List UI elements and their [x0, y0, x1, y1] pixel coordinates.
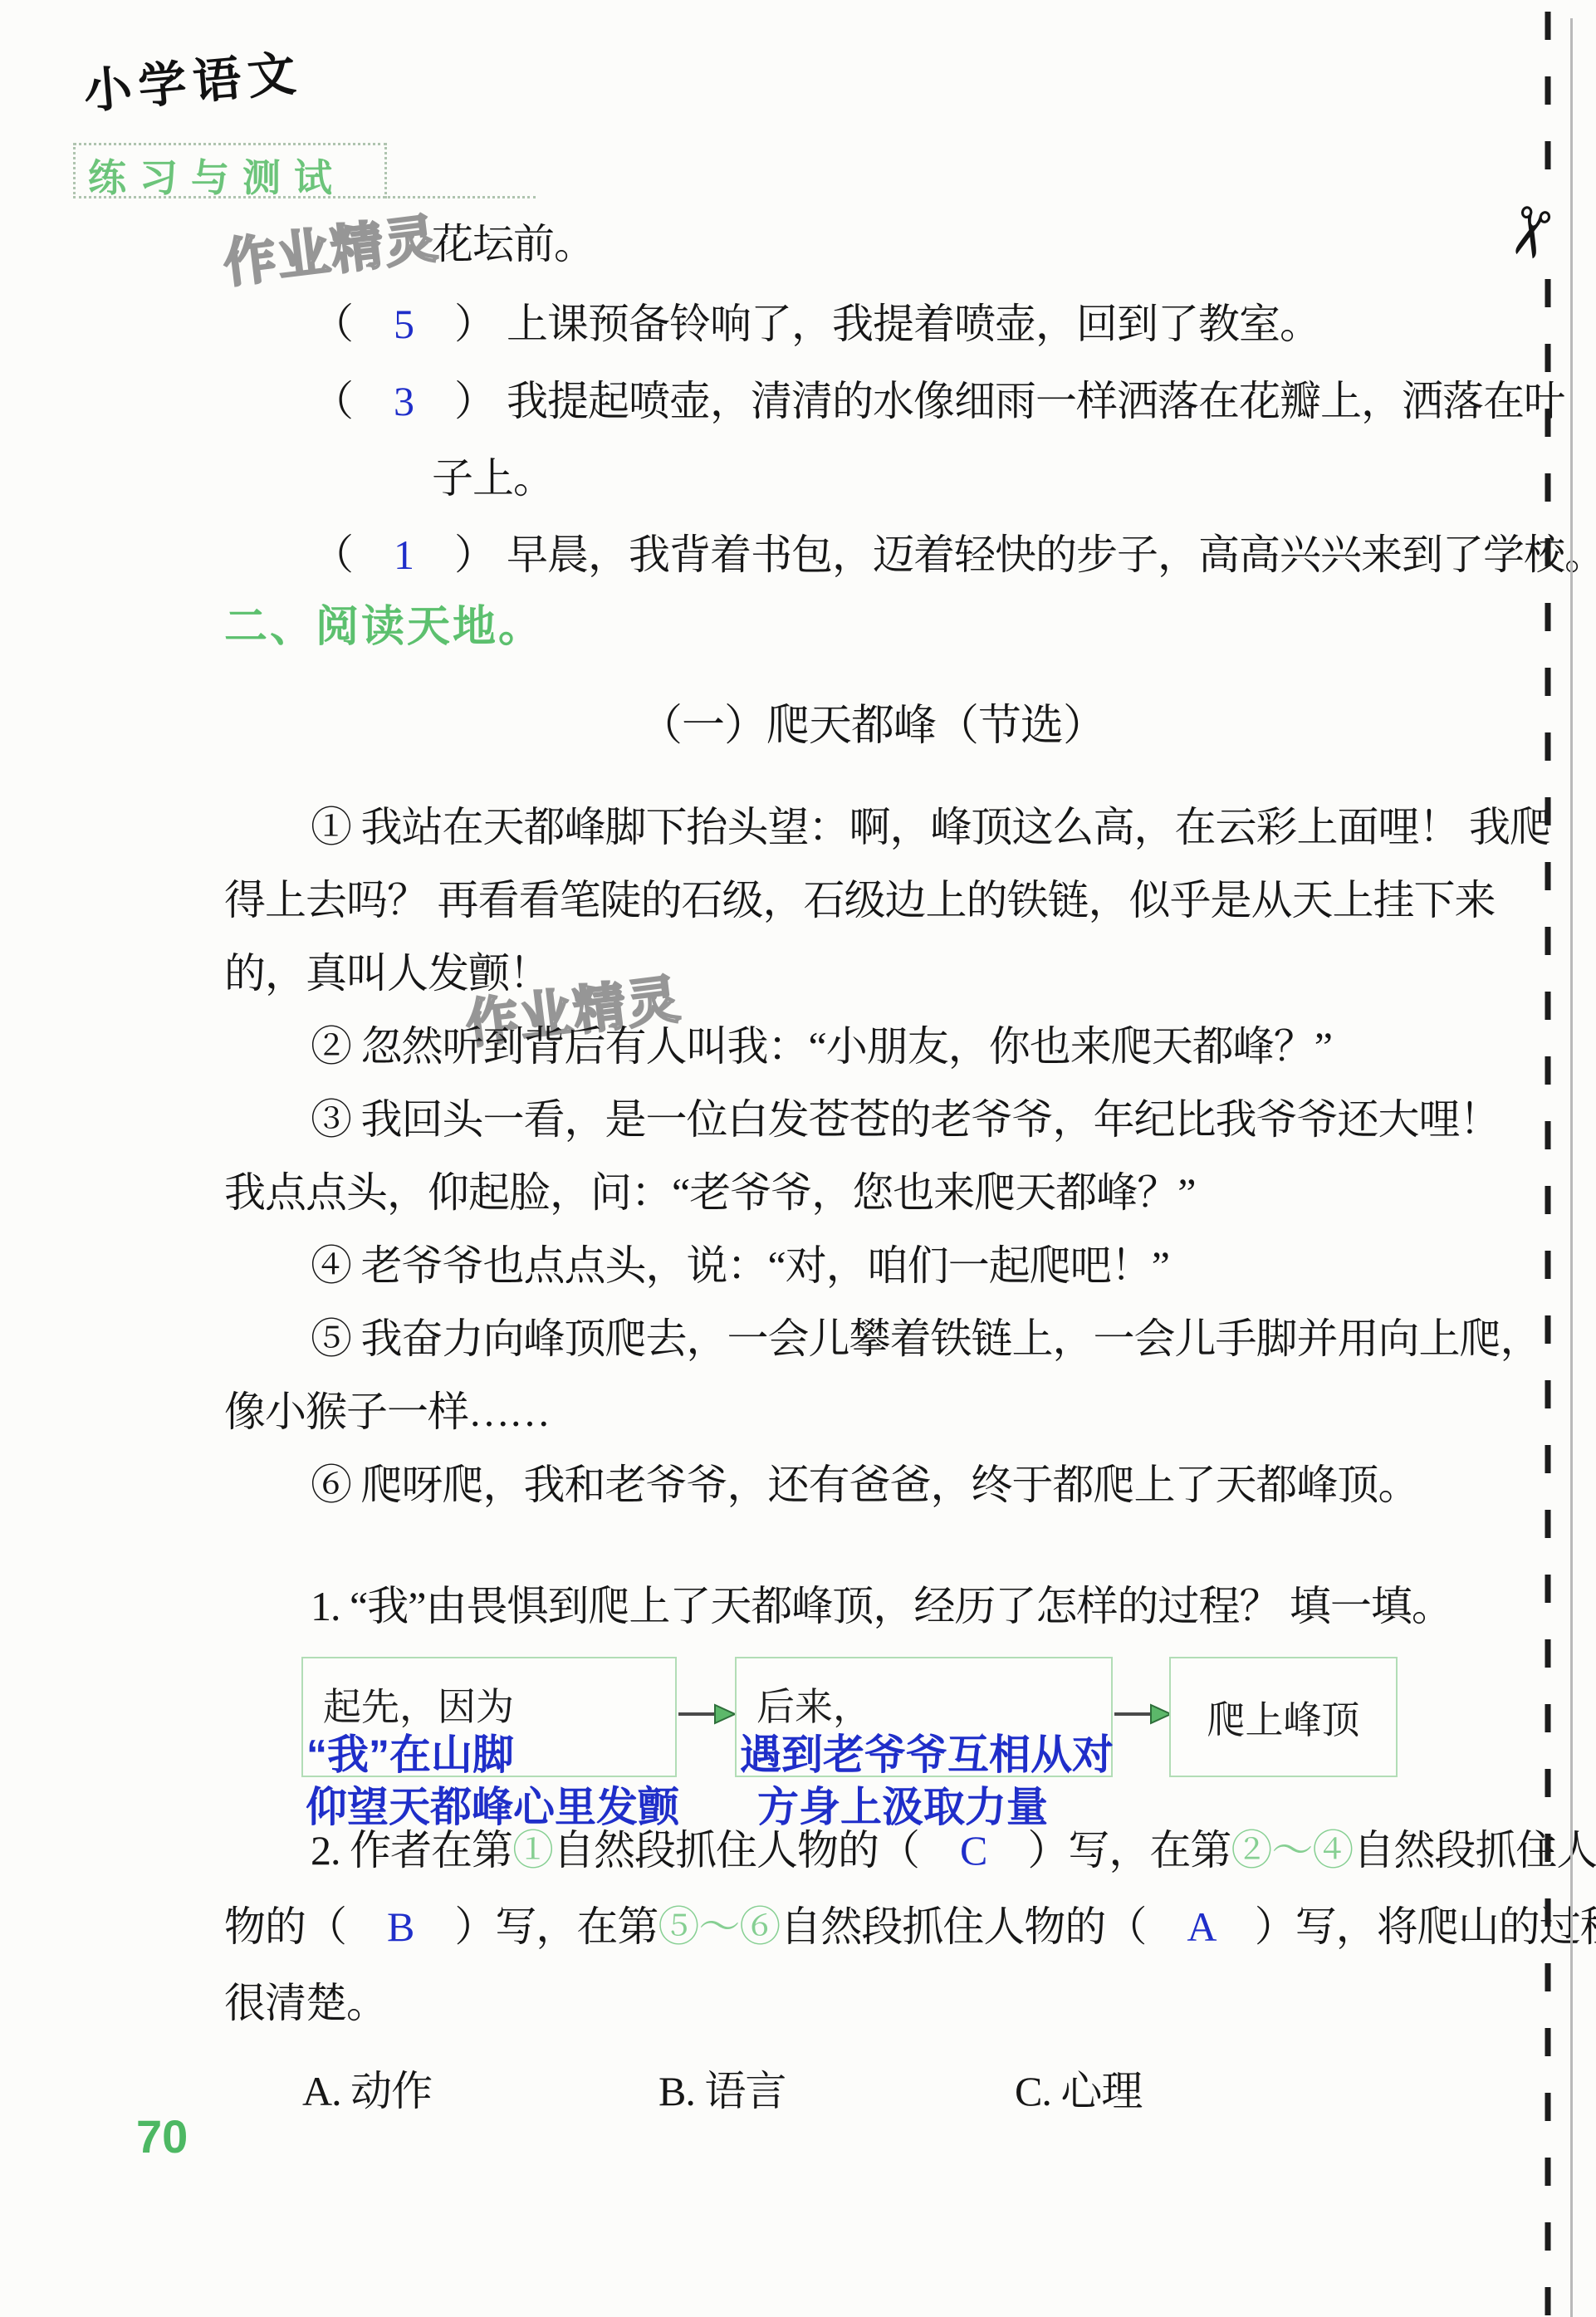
cut-dashed-line [0, 0, 1596, 2317]
workbook-page: 小学语文 练习与测试 作业精灵 作业精灵 ✂ 花坛前。 （ 5 ）上课预备铃响了… [0, 0, 1596, 2317]
